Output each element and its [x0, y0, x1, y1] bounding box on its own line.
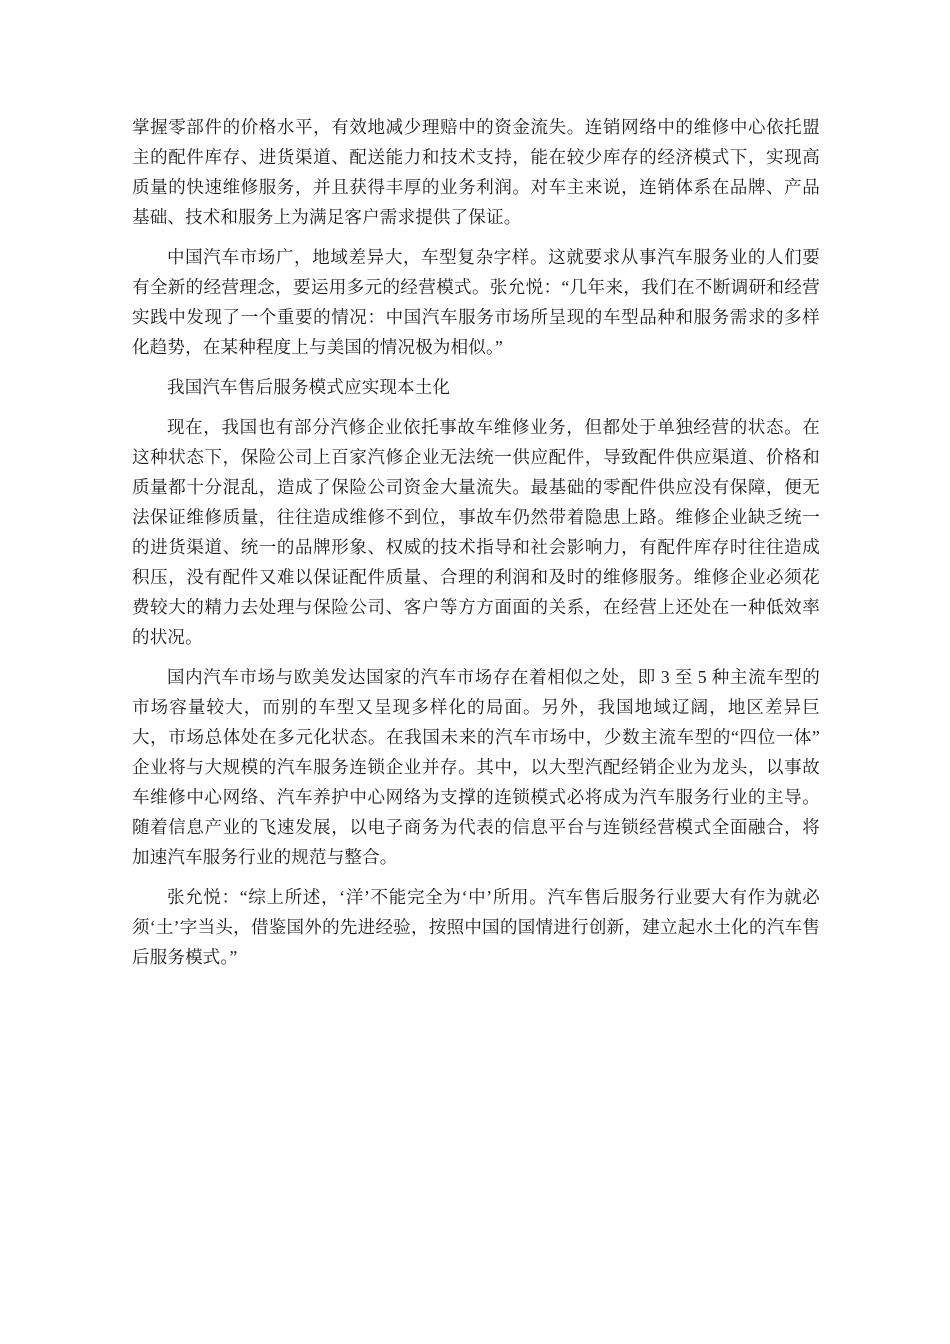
- document-page: 掌握零部件的价格水平，有效地减少理赔中的资金流失。连销网络中的维修中心依托盟主的…: [132, 112, 820, 982]
- paragraph: 现在，我国也有部分汽修企业依托事故车维修业务，但都处于单独经营的状态。在这种状态…: [132, 412, 820, 652]
- paragraph: 张允悦：“综上所述，‘洋’不能完全为‘中’所用。汽车售后服务行业要大有作为就必须…: [132, 882, 820, 972]
- section-heading: 我国汽车售后服务模式应实现本土化: [132, 372, 820, 402]
- paragraph-continuation: 掌握零部件的价格水平，有效地减少理赔中的资金流失。连销网络中的维修中心依托盟主的…: [132, 112, 820, 232]
- paragraph: 国内汽车市场与欧美发达国家的汽车市场存在着相似之处，即 3 至 5 种主流车型的…: [132, 662, 820, 872]
- paragraph: 中国汽车市场广，地域差异大，车型复杂字样。这就要求从事汽车服务业的人们要有全新的…: [132, 242, 820, 362]
